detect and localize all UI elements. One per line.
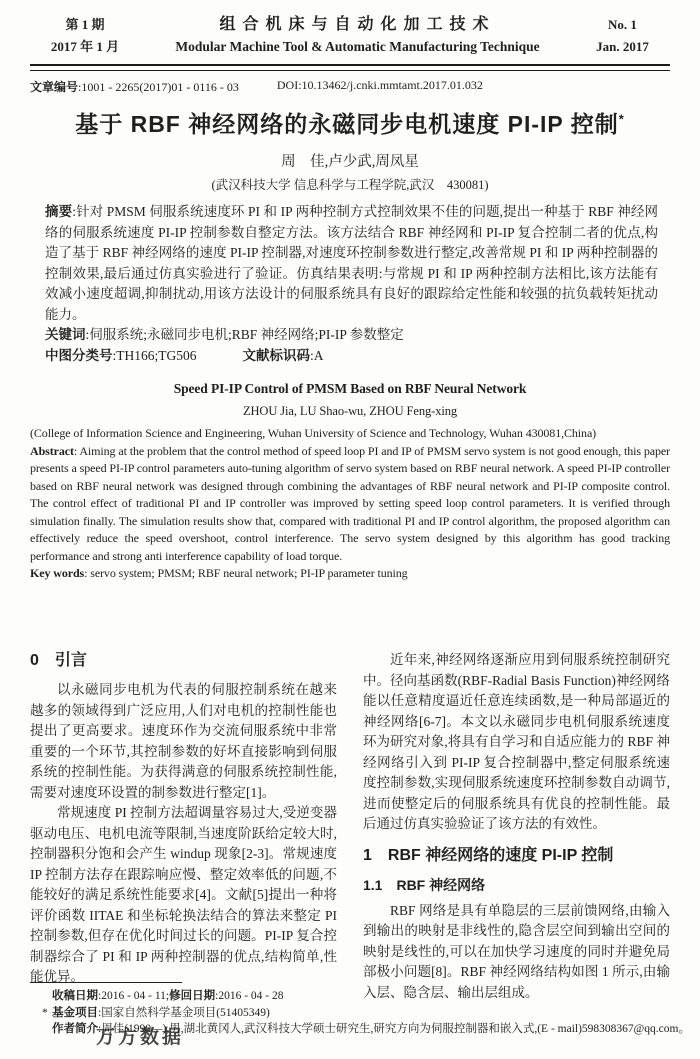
paragraph: 近年来,神经网络逐渐应用到伺服系统控制研究中。径向基函数(RBF-Radial … [363, 650, 670, 835]
authors-en: ZHOU Jia, LU Shao-wu, ZHOU Feng-xing [30, 403, 670, 421]
bio-label: 作者简介 [52, 1023, 98, 1035]
header-issue-en-block: No. 1 Jan. 2017 [575, 14, 670, 58]
journal-title-cn: 组合机床与自动化加工技术 [140, 14, 575, 36]
keywords-cn-text: :伺服系统;永磁同步电机;RBF 神经网络;PI-IP 参数整定 [86, 327, 404, 342]
journal-title-en: Modular Machine Tool & Automatic Manufac… [140, 36, 575, 58]
right-column: 近年来,神经网络逐渐应用到伺服系统控制研究中。径向基函数(RBF-Radial … [363, 650, 670, 1003]
doc-code-value: :A [310, 348, 324, 363]
clc-label: 中图分类号 [45, 348, 113, 363]
revised-date-label: 修回日期 [169, 990, 215, 1002]
issue-number-cn: 第 1 期 [30, 14, 140, 36]
doc-code-label: 文献标识码 [243, 348, 311, 363]
authors-cn: 周 佳,卢少武,周凤星 [0, 150, 700, 171]
paragraph: 常规速度 PI 控制方法超调量容易过大,受逆变器驱动电压、电机电流等限制,当速度… [30, 803, 337, 988]
left-column: 0 引言 以永磁同步电机为代表的伺服控制系统在越来越多的领域得到广泛应用,人们对… [30, 650, 337, 1003]
body-columns: 0 引言 以永磁同步电机为代表的伺服控制系统在越来越多的领域得到广泛应用,人们对… [30, 650, 670, 1003]
issue-number-en: No. 1 [575, 14, 670, 36]
header-journal-block: 组合机床与自动化加工技术 Modular Machine Tool & Auto… [140, 14, 575, 58]
fund-label: 基金项目 [52, 1007, 98, 1019]
subsection-heading-1-1: 1.1 RBF 神经网络 [363, 875, 670, 895]
abstract-en: Abstract: Aiming at the problem that the… [30, 443, 670, 566]
fund-value: :国家自然科学基金项目(51405349) [98, 1007, 270, 1019]
wanfang-watermark: 万方数据 [96, 1022, 184, 1049]
article-meta-row: 文章编号:1001 - 2265(2017)01 - 0116 - 03 DOI… [30, 78, 670, 95]
abstract-cn: 摘要:针对 PMSM 伺服系统速度环 PI 和 IP 两种控制方式控制效果不佳的… [45, 202, 658, 325]
bio-value: :周佳(1990—),男,湖北黄冈人,武汉科技大学硕士研究生,研究方向为伺服控制… [98, 1023, 690, 1035]
title-footnote-star: * [619, 111, 625, 126]
abstract-en-label: Abstract [30, 444, 74, 458]
affiliation-en: (College of Information Science and Engi… [30, 425, 670, 443]
keywords-en-text: : servo system; PMSM; RBF neural network… [84, 566, 407, 580]
paper-title-en: Speed PI-IP Control of PMSM Based on RBF… [30, 380, 670, 398]
paper-page: 第 1 期 2017 年 1 月 组合机床与自动化加工技术 Modular Ma… [0, 0, 700, 1059]
header-issue-block: 第 1 期 2017 年 1 月 [30, 14, 140, 58]
section-heading-0: 0 引言 [30, 650, 337, 672]
keywords-en: Key words: servo system; PMSM; RBF neura… [30, 565, 670, 583]
keywords-cn: 关键词:伺服系统;永磁同步电机;RBF 神经网络;PI-IP 参数整定 [45, 325, 658, 346]
paper-title-cn: 基于 RBF 神经网络的永磁同步电机速度 PI-IP 控制* [0, 106, 700, 139]
issue-date-en: Jan. 2017 [575, 36, 670, 58]
abstract-cn-block: 摘要:针对 PMSM 伺服系统速度环 PI 和 IP 两种控制方式控制效果不佳的… [45, 202, 658, 366]
article-number-label: 文章编号 [30, 80, 78, 94]
footnote-rule [30, 982, 182, 983]
keywords-en-label: Key words [30, 566, 84, 580]
abstract-cn-label: 摘要 [45, 204, 72, 219]
paper-title-cn-text: 基于 RBF 神经网络的永磁同步电机速度 PI-IP 控制 [75, 111, 619, 137]
keywords-cn-label: 关键词 [45, 327, 86, 342]
paragraph: 以永磁同步电机为代表的伺服控制系统在越来越多的领域得到广泛应用,人们对电机的控制… [30, 680, 337, 803]
abstract-cn-text: :针对 PMSM 伺服系统速度环 PI 和 IP 两种控制方式控制效果不佳的问题… [45, 204, 658, 322]
doi: DOI:10.13462/j.cnki.mmtamt.2017.01.032 [277, 78, 483, 95]
section-heading-1: 1 RBF 神经网络的速度 PI-IP 控制 [363, 845, 670, 867]
clc-value: :TH166;TG506 [113, 348, 197, 363]
journal-header: 第 1 期 2017 年 1 月 组合机床与自动化加工技术 Modular Ma… [30, 14, 670, 58]
header-double-rule [30, 64, 670, 71]
abstract-en-text: : Aiming at the problem that the control… [30, 444, 670, 563]
clc-row: 中图分类号:TH166;TG506文献标识码:A [45, 346, 658, 367]
english-block: Speed PI-IP Control of PMSM Based on RBF… [30, 380, 670, 583]
revised-date-value: :2016 - 04 - 28 [215, 990, 283, 1002]
received-date-value: :2016 - 04 - 11; [98, 990, 169, 1002]
footnote-fund: *基金项目:国家自然科学基金项目(51405349) [30, 1005, 692, 1022]
article-number: 文章编号:1001 - 2265(2017)01 - 0116 - 03 [30, 78, 239, 95]
affiliation-cn: (武汉科技大学 信息科学与工程学院,武汉 430081) [0, 175, 700, 193]
issue-date-cn: 2017 年 1 月 [30, 36, 140, 58]
received-date-label: 收稿日期 [52, 990, 98, 1002]
fund-star: * [42, 1005, 52, 1022]
article-number-value: :1001 - 2265(2017)01 - 0116 - 03 [78, 80, 239, 94]
footnote-dates: 收稿日期:2016 - 04 - 11;修回日期:2016 - 04 - 28 [30, 988, 692, 1005]
